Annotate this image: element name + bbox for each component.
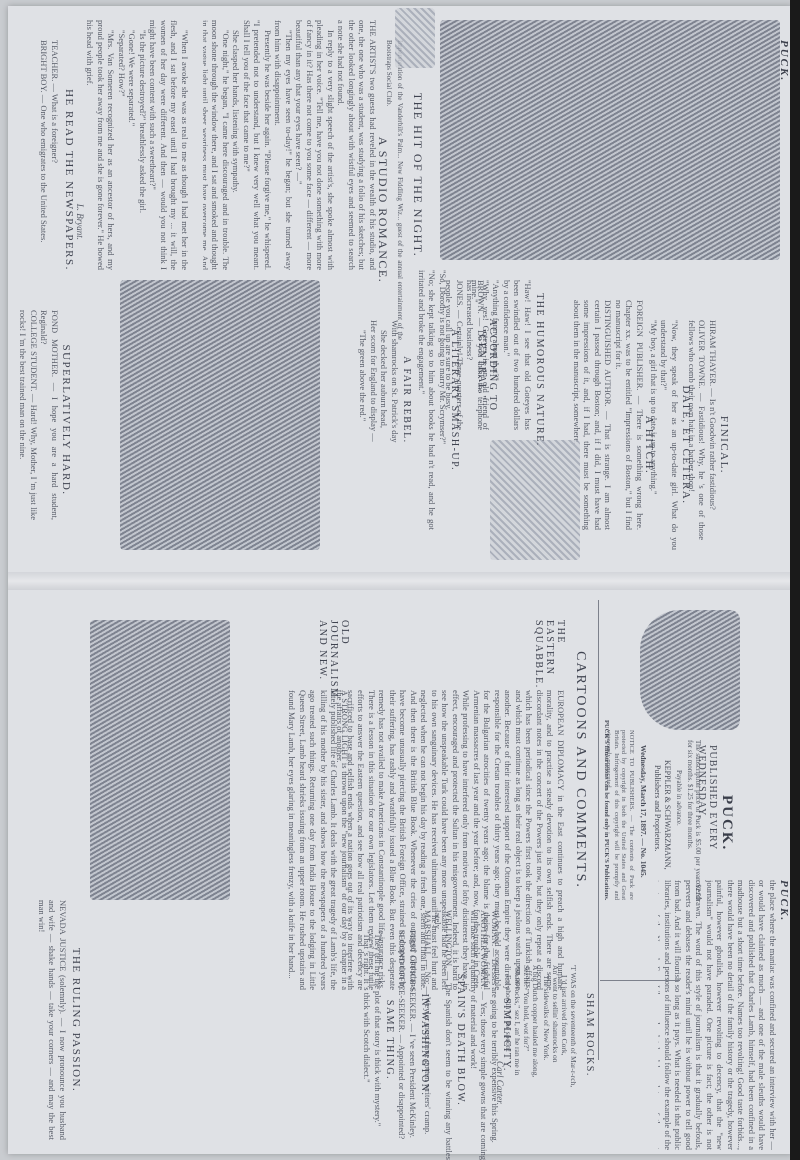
verse-line: With shamrocks on St. Patrick's day xyxy=(390,320,401,480)
ruling-passion-caption: NEVADA JUSTICE (solemnly). — I now prono… xyxy=(37,900,69,1140)
spains-death-blow-title: SPAIN'S DEATH BLOW. xyxy=(455,970,466,1110)
scan-edge xyxy=(790,0,800,1160)
hit-of-the-night-title: THE HIT OF THE NIGHT. xyxy=(410,60,425,290)
ruling-passion-illustration xyxy=(90,620,230,900)
signature: L. Bryant. xyxy=(75,20,86,270)
scroll-ornament-icon xyxy=(395,8,435,68)
issue-date: Wednesday, March 17, 1897. — No. 1045. xyxy=(639,745,648,895)
studio-illustration xyxy=(120,280,320,550)
paragraph: "Gone! We were separated." xyxy=(127,20,138,270)
verse-line: "The green above the red." xyxy=(358,320,369,480)
publishers-name: KEPPLER & SCHWARZMANN, xyxy=(663,760,672,880)
he-read-newspapers-body: TEACHER. — What is a foreigner? BRIGHT B… xyxy=(39,40,60,300)
verse-line: 'T WAS on the seventeenth of Mar-r-rch, xyxy=(569,965,578,1115)
dialogue-line: "Now, they speak of her as an up-to-date… xyxy=(659,320,680,550)
hit-of-the-night-illustration xyxy=(440,20,780,260)
paragraph: In reply to a very slight speech of the … xyxy=(294,20,336,270)
paragraph: THE ARTIST'S two guests had reveled in t… xyxy=(336,20,378,270)
payable-text: Payable in advance. xyxy=(674,770,685,850)
studio-romance-col1: THE ARTIST'S two guests had reveled in t… xyxy=(203,20,378,270)
fair-rebel-verse: With shamrocks on St. Patrick's day She … xyxy=(358,320,400,480)
column-rule xyxy=(598,600,599,1060)
humorous-nature-title: THE HUMOROUS NATURE. xyxy=(534,290,545,450)
dialogue-line: "No; she kept talking so to him about bo… xyxy=(417,270,438,530)
in-washington-title: IN WASHINGTON. xyxy=(419,975,430,1115)
paragraph: Presently he was beside her again. "Plea… xyxy=(242,20,274,270)
dialogue-line: "Haw! Haw! I see that old Goteyes has be… xyxy=(502,280,534,430)
publishers-role: Publishers and Proprietors. xyxy=(653,765,662,885)
literary-smashup-title: A LITERARY SMASH-UP. xyxy=(449,300,460,500)
superlatively-hard-title: SUPERLATIVELY HARD. xyxy=(60,330,72,510)
illustrations-note: PUCK'S Illustrations can be found only i… xyxy=(603,720,610,920)
paragraph: "Separated? How?" xyxy=(117,20,128,270)
literary-smashup-body: "So, Dorothy is not going to marry Mr. S… xyxy=(417,270,449,530)
paragraph: "When I awoke she was as real to me as t… xyxy=(148,20,190,270)
dialogue-line: BRIGHT BOY. — One who emigrates to the U… xyxy=(39,40,50,300)
superlatively-hard-body: FOND MOTHER. — I hope you are a hard stu… xyxy=(18,310,60,520)
paragraph: "Then my eyes have seen to-day!" he bega… xyxy=(273,20,294,270)
divider xyxy=(600,980,680,981)
center-fold xyxy=(8,572,792,590)
dialogue-line: TEACHER. — What is a foreigner? xyxy=(50,40,61,300)
date-et-cetera-title: DATE, ET CETERA. xyxy=(680,360,692,530)
dialogue-line: FOND MOTHER. — I hope you are a hard stu… xyxy=(39,310,60,520)
dialogue-line: FOREIGN PUBLISHER. — There is something … xyxy=(614,300,646,530)
eastern-squabble-title: THE EASTERN SQUABBLE. xyxy=(533,620,566,690)
puck-figure-illustration xyxy=(640,610,740,730)
old-man-illustration xyxy=(490,440,580,560)
dialogue-line: BROWN. — Do you think the telephone has … xyxy=(465,280,486,430)
same-thing-title: SAME THING. xyxy=(384,985,395,1095)
cartoons-and-comments-title: CARTOONS AND COMMENTS. xyxy=(572,640,588,900)
fair-rebel-title: A FAIR REBEL. xyxy=(401,330,412,470)
paragraph: She clasped her hands, listening with sy… xyxy=(231,20,242,270)
dialogue-line: "So, Dorothy is not going to marry Mr. S… xyxy=(438,270,449,530)
eastern-squabble-body: EUROPEAN DIPLOMACY in the East continues… xyxy=(321,690,566,990)
ruling-passion-title: THE RULING PASSION. xyxy=(70,940,82,1100)
paragraph: "One night," he began, "I came here disc… xyxy=(203,20,231,270)
he-read-newspapers-title: HE READ THE NEWSPAPERS. xyxy=(63,60,75,300)
new-journalism-continuation: the place where the maniac was confined … xyxy=(658,880,778,1150)
running-head-bottom: PUCK. xyxy=(778,880,790,960)
finical-title: FINICAL. xyxy=(718,360,730,530)
paragraph: "Is the picture destroyed?" breathlessly… xyxy=(138,20,149,270)
sham-rocks-title: SHAM ROCKS. xyxy=(584,985,595,1085)
verse-line: She decked her auburn head, xyxy=(379,320,390,480)
dialogue-line: HIRAM THAYER. — Is n't Goodwin rather fa… xyxy=(708,320,719,540)
paragraph: "Mrs. Van Someren recognized her as an a… xyxy=(85,20,117,270)
simplicity-title: SIMPLICITY. xyxy=(501,980,512,1090)
subscription-text: The subscription price of Puck is $5.00 … xyxy=(686,740,702,900)
dialogue-line: COLLEGE STUDENT. — Hard! Why, Mother, I … xyxy=(18,310,39,520)
old-journalism-title: OLD JOURNALISM AND NEW. xyxy=(317,620,350,690)
verse-line: Her scorn for England to display — xyxy=(369,320,380,480)
